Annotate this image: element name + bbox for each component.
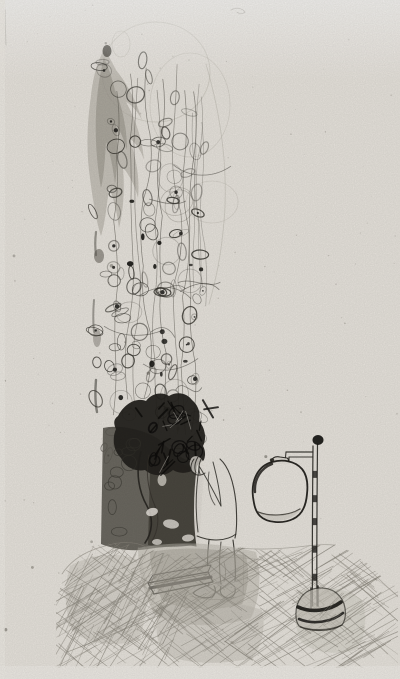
etching-print bbox=[0, 0, 400, 679]
lighting-overlay-layer bbox=[0, 0, 400, 679]
artwork-canvas bbox=[0, 0, 400, 679]
paper-grain bbox=[0, 0, 400, 679]
